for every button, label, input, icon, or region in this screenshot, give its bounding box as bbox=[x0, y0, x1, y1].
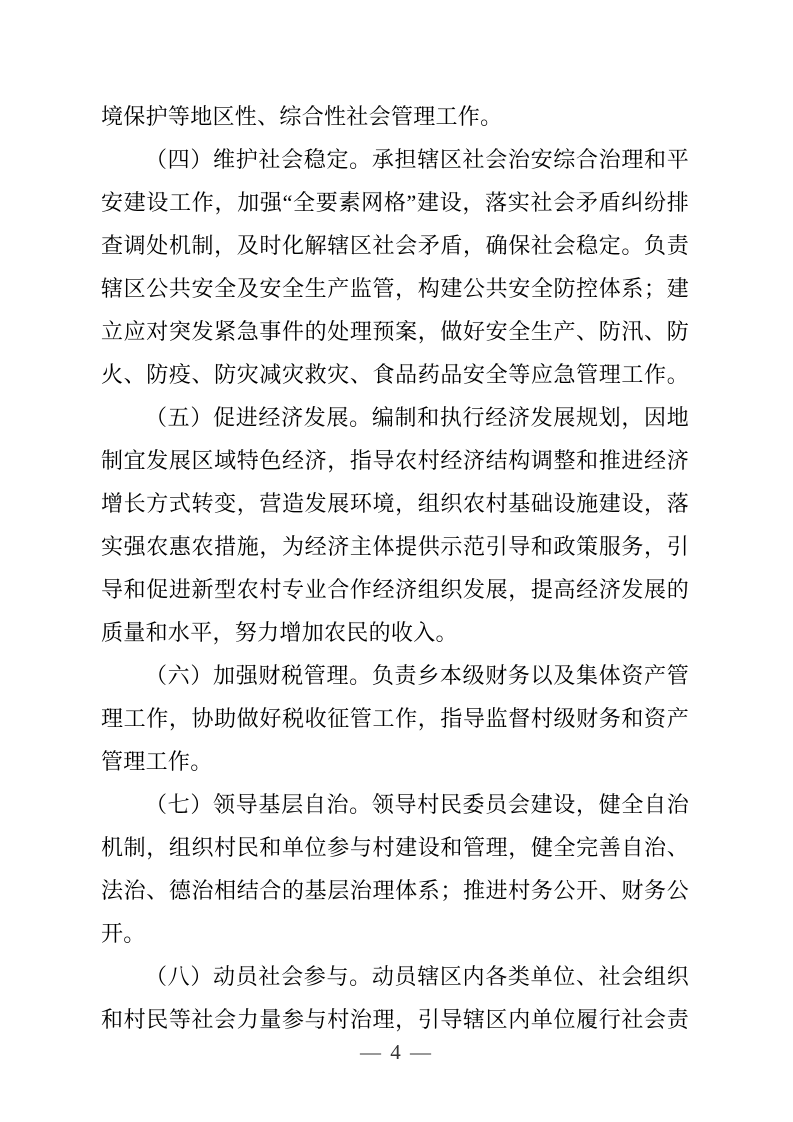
text-line: 导和促进新型农村专业合作经济组织发展，提高经济发展的 bbox=[101, 568, 689, 611]
text-line: 实强农惠农措施，为经济主体提供示范引导和政策服务，引 bbox=[101, 525, 689, 568]
text-line: 立应对突发紧急事件的处理预案，做好安全生产、防汛、防 bbox=[101, 310, 689, 353]
text-line: 制宜发展区域特色经济，指导农村经济结构调整和推进经济 bbox=[101, 439, 689, 482]
text-line: 增长方式转变，营造发展环境，组织农村基础设施建设，落 bbox=[101, 482, 689, 525]
text-block: 境保护等地区性、综合性社会管理工作。（四）维护社会稳定。承担辖区社会治安综合治理… bbox=[101, 95, 689, 1041]
text-line: 辖区公共安全及安全生产监管，构建公共安全防控体系；建 bbox=[101, 267, 689, 310]
page-number: — 4 — bbox=[0, 1040, 793, 1065]
text-line: （四）维护社会稳定。承担辖区社会治安综合治理和平 bbox=[101, 138, 689, 181]
text-line: 机制，组织村民和单位参与村建设和管理，健全完善自治、 bbox=[101, 826, 689, 869]
text-line: 火、防疫、防灾减灾救灾、食品药品安全等应急管理工作。 bbox=[101, 353, 689, 396]
text-line: 安建设工作，加强“全要素网格”建设，落实社会矛盾纠纷排 bbox=[101, 181, 689, 224]
text-line: 管理工作。 bbox=[101, 740, 689, 783]
text-line: 境保护等地区性、综合性社会管理工作。 bbox=[101, 95, 689, 138]
text-line: （八）动员社会参与。动员辖区内各类单位、社会组织 bbox=[101, 955, 689, 998]
text-line: 理工作，协助做好税收征管工作，指导监督村级财务和资产 bbox=[101, 697, 689, 740]
document-page: 境保护等地区性、综合性社会管理工作。（四）维护社会稳定。承担辖区社会治安综合治理… bbox=[0, 0, 793, 1122]
text-line: 和村民等社会力量参与村治理，引导辖区内单位履行社会责 bbox=[101, 998, 689, 1041]
text-line: 开。 bbox=[101, 912, 689, 955]
text-line: （七）领导基层自治。领导村民委员会建设，健全自治 bbox=[101, 783, 689, 826]
text-line: （五）促进经济发展。编制和执行经济发展规划，因地 bbox=[101, 396, 689, 439]
text-line: 质量和水平，努力增加农民的收入。 bbox=[101, 611, 689, 654]
text-line: 法治、德治相结合的基层治理体系；推进村务公开、财务公 bbox=[101, 869, 689, 912]
text-line: 查调处机制，及时化解辖区社会矛盾，确保社会稳定。负责 bbox=[101, 224, 689, 267]
text-line: （六）加强财税管理。负责乡本级财务以及集体资产管 bbox=[101, 654, 689, 697]
